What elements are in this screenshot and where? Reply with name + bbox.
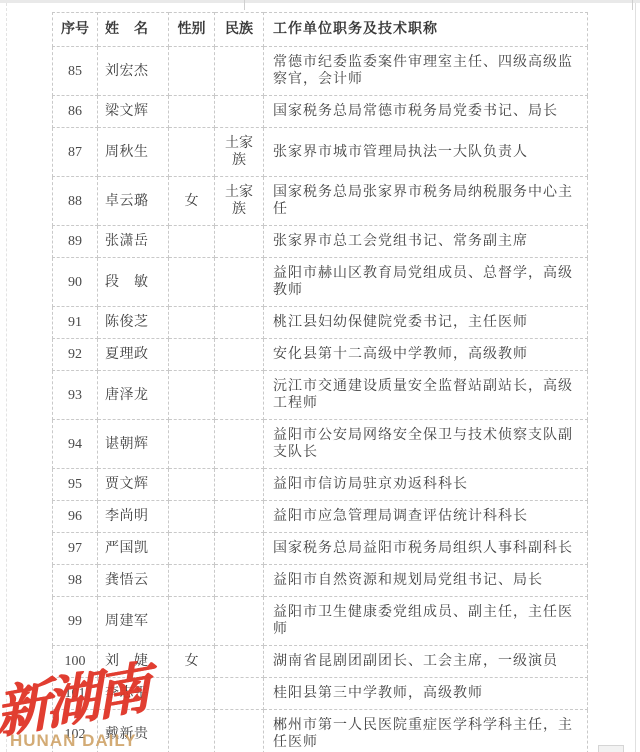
cell-gender xyxy=(169,710,215,752)
cell-name: 周建军 xyxy=(98,597,169,646)
cell-serial-number: 99 xyxy=(53,597,98,646)
cell-gender xyxy=(169,258,215,307)
cell-gender: 女 xyxy=(169,177,215,226)
cell-position: 常德市纪委监委案件审理室主任、四级高级监察官，会计师 xyxy=(264,47,588,96)
cell-ethnicity xyxy=(215,226,264,258)
cell-name: 梁文辉 xyxy=(98,96,169,128)
cell-ethnicity xyxy=(215,96,264,128)
cell-name: 周秋生 xyxy=(98,128,169,177)
cell-name: 戴新贵 xyxy=(98,710,169,752)
cell-serial-number: 92 xyxy=(53,339,98,371)
cell-name: 张潇岳 xyxy=(98,226,169,258)
cell-serial-number: 94 xyxy=(53,420,98,469)
cell-ethnicity xyxy=(215,47,264,96)
table-row: 88 卓云璐 女 土家族 国家税务总局张家界市税务局纳税服务中心主任 xyxy=(53,177,588,226)
cell-serial-number: 101 xyxy=(53,678,98,710)
header-position: 工作单位职务及技术职称 xyxy=(264,13,588,47)
cell-ethnicity xyxy=(215,339,264,371)
cell-name: 唐泽龙 xyxy=(98,371,169,420)
cell-serial-number: 90 xyxy=(53,258,98,307)
table-row: 101 李志平 桂阳县第三中学教师，高级教师 xyxy=(53,678,588,710)
cell-gender xyxy=(169,678,215,710)
cell-ethnicity xyxy=(215,258,264,307)
cell-ethnicity xyxy=(215,533,264,565)
table-row: 97 严国凯 国家税务总局益阳市税务局组织人事科副科长 xyxy=(53,533,588,565)
cell-gender xyxy=(169,469,215,501)
cell-ethnicity xyxy=(215,565,264,597)
cell-ethnicity xyxy=(215,307,264,339)
table-body: 85 刘宏杰 常德市纪委监委案件审理室主任、四级高级监察官，会计师 86 梁文辉… xyxy=(53,47,588,752)
cell-serial-number: 87 xyxy=(53,128,98,177)
header-ethnicity: 民族 xyxy=(215,13,264,47)
personnel-table: 序号 姓 名 性别 民族 工作单位职务及技术职称 85 刘宏杰 常德市纪委监委案… xyxy=(52,12,588,752)
cell-serial-number: 93 xyxy=(53,371,98,420)
table-row: 91 陈俊芝 桃江县妇幼保健院党委书记，主任医师 xyxy=(53,307,588,339)
cell-position: 益阳市公安局网络安全保卫与技术侦察支队副支队长 xyxy=(264,420,588,469)
cell-gender xyxy=(169,371,215,420)
cell-name: 刘 婕 xyxy=(98,646,169,678)
cell-ethnicity xyxy=(215,501,264,533)
cell-serial-number: 96 xyxy=(53,501,98,533)
cell-ethnicity xyxy=(215,597,264,646)
personnel-table-container: 序号 姓 名 性别 民族 工作单位职务及技术职称 85 刘宏杰 常德市纪委监委案… xyxy=(52,12,587,752)
cell-serial-number: 89 xyxy=(53,226,98,258)
cell-position: 张家界市城市管理局执法一大队负责人 xyxy=(264,128,588,177)
header-serial-number: 序号 xyxy=(53,13,98,47)
cell-name: 刘宏杰 xyxy=(98,47,169,96)
page: { "header": { "columns": ["序号", "姓 名", "… xyxy=(0,0,640,752)
cell-ethnicity xyxy=(215,371,264,420)
cell-gender: 女 xyxy=(169,646,215,678)
cell-gender xyxy=(169,565,215,597)
table-header: 序号 姓 名 性别 民族 工作单位职务及技术职称 xyxy=(53,13,588,47)
table-row: 100 刘 婕 女 湖南省昆剧团副团长、工会主席，一级演员 xyxy=(53,646,588,678)
cell-position: 国家税务总局常德市税务局党委书记、局长 xyxy=(264,96,588,128)
table-row: 102 戴新贵 郴州市第一人民医院重症医学科学科主任，主任医师 xyxy=(53,710,588,752)
cell-position: 益阳市卫生健康委党组成员、副主任，主任医师 xyxy=(264,597,588,646)
table-row: 95 贾文辉 益阳市信访局驻京劝返科科长 xyxy=(53,469,588,501)
header-gender: 性别 xyxy=(169,13,215,47)
table-row: 85 刘宏杰 常德市纪委监委案件审理室主任、四级高级监察官，会计师 xyxy=(53,47,588,96)
cell-name: 李志平 xyxy=(98,678,169,710)
cell-serial-number: 88 xyxy=(53,177,98,226)
page-top-edge xyxy=(0,0,640,3)
cell-ethnicity xyxy=(215,678,264,710)
cell-gender xyxy=(169,339,215,371)
cell-serial-number: 102 xyxy=(53,710,98,752)
cell-gender xyxy=(169,597,215,646)
cell-serial-number: 86 xyxy=(53,96,98,128)
cell-gender xyxy=(169,47,215,96)
cell-name: 夏理政 xyxy=(98,339,169,371)
cell-ethnicity: 土家族 xyxy=(215,177,264,226)
cell-ethnicity: 土家族 xyxy=(215,128,264,177)
cell-ethnicity xyxy=(215,469,264,501)
cell-name: 段 敏 xyxy=(98,258,169,307)
cell-name: 贾文辉 xyxy=(98,469,169,501)
cell-position: 沅江市交通建设质量安全监督站副站长，高级工程师 xyxy=(264,371,588,420)
cell-position: 桃江县妇幼保健院党委书记，主任医师 xyxy=(264,307,588,339)
cell-position: 益阳市自然资源和规划局党组书记、局长 xyxy=(264,565,588,597)
cell-name: 谌朝辉 xyxy=(98,420,169,469)
cell-gender xyxy=(169,96,215,128)
cell-name: 陈俊芝 xyxy=(98,307,169,339)
table-row: 86 梁文辉 国家税务总局常德市税务局党委书记、局长 xyxy=(53,96,588,128)
cell-name: 卓云璐 xyxy=(98,177,169,226)
cell-serial-number: 100 xyxy=(53,646,98,678)
cell-position: 益阳市赫山区教育局党组成员、总督学，高级教师 xyxy=(264,258,588,307)
table-row: 90 段 敏 益阳市赫山区教育局党组成员、总督学，高级教师 xyxy=(53,258,588,307)
top-right-divider-tick xyxy=(632,0,633,10)
table-row: 99 周建军 益阳市卫生健康委党组成员、副主任，主任医师 xyxy=(53,597,588,646)
table-row: 98 龚悟云 益阳市自然资源和规划局党组书记、局长 xyxy=(53,565,588,597)
table-row: 94 谌朝辉 益阳市公安局网络安全保卫与技术侦察支队副支队长 xyxy=(53,420,588,469)
cell-gender xyxy=(169,501,215,533)
cell-gender xyxy=(169,128,215,177)
cell-position: 国家税务总局益阳市税务局组织人事科副科长 xyxy=(264,533,588,565)
cell-gender xyxy=(169,420,215,469)
table-row: 93 唐泽龙 沅江市交通建设质量安全监督站副站长，高级工程师 xyxy=(53,371,588,420)
cell-name: 李尚明 xyxy=(98,501,169,533)
cell-serial-number: 98 xyxy=(53,565,98,597)
header-name: 姓 名 xyxy=(98,13,169,47)
cell-position: 郴州市第一人民医院重症医学科学科主任，主任医师 xyxy=(264,710,588,752)
cell-position: 益阳市应急管理局调查评估统计科科长 xyxy=(264,501,588,533)
table-row: 87 周秋生 土家族 张家界市城市管理局执法一大队负责人 xyxy=(53,128,588,177)
header-row: 序号 姓 名 性别 民族 工作单位职务及技术职称 xyxy=(53,13,588,47)
cell-position: 张家界市总工会党组书记、常务副主席 xyxy=(264,226,588,258)
table-row: 92 夏理政 安化县第十二高级中学教师，高级教师 xyxy=(53,339,588,371)
cell-position: 湖南省昆剧团副团长、工会主席，一级演员 xyxy=(264,646,588,678)
cell-position: 益阳市信访局驻京劝返科科长 xyxy=(264,469,588,501)
cell-serial-number: 95 xyxy=(53,469,98,501)
cell-serial-number: 91 xyxy=(53,307,98,339)
cell-serial-number: 85 xyxy=(53,47,98,96)
table-row: 96 李尚明 益阳市应急管理局调查评估统计科科长 xyxy=(53,501,588,533)
cell-position: 国家税务总局张家界市税务局纳税服务中心主任 xyxy=(264,177,588,226)
cell-position: 桂阳县第三中学教师，高级教师 xyxy=(264,678,588,710)
cell-gender xyxy=(169,226,215,258)
cell-position: 安化县第十二高级中学教师，高级教师 xyxy=(264,339,588,371)
table-row: 89 张潇岳 张家界市总工会党组书记、常务副主席 xyxy=(53,226,588,258)
cell-gender xyxy=(169,533,215,565)
cell-name: 龚悟云 xyxy=(98,565,169,597)
cell-gender xyxy=(169,307,215,339)
cell-ethnicity xyxy=(215,420,264,469)
next-page-fragment xyxy=(598,745,624,752)
cell-serial-number: 97 xyxy=(53,533,98,565)
top-cell-divider-tick xyxy=(244,0,245,10)
cell-name: 严国凯 xyxy=(98,533,169,565)
page-left-edge xyxy=(6,3,7,752)
cell-ethnicity xyxy=(215,710,264,752)
cell-ethnicity xyxy=(215,646,264,678)
page-right-edge xyxy=(635,3,636,752)
